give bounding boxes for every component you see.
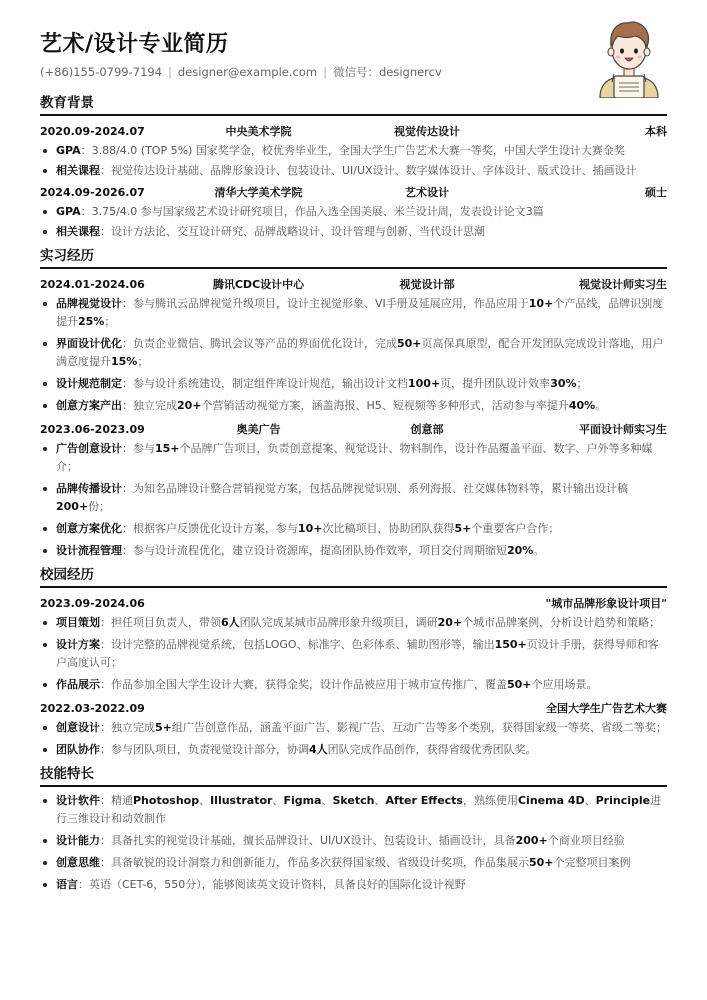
- cartoon-avatar-icon: [590, 12, 668, 98]
- project-name: "城市品牌形象设计项目": [190, 593, 667, 614]
- item-label: 相关课程: [56, 225, 100, 238]
- campus-details: 项目策划：担任项目负责人，带领6人团队完成某城市品牌形象升级项目，调研20+个城…: [40, 614, 667, 694]
- item-highlight: Illustrator: [210, 794, 272, 807]
- item-text: ；: [577, 377, 588, 390]
- item-highlight: 50+: [529, 856, 554, 869]
- item-text: ：参与设计系统建设，制定组件库设计规范，输出设计文档: [122, 377, 408, 390]
- item-text: 、: [199, 794, 210, 807]
- list-item: 界面设计优化：负责企业微信、腾讯会议等产品的界面优化设计，完成50+页高保真原型…: [40, 335, 667, 371]
- department-name: 创意部: [327, 419, 527, 440]
- item-highlight: 200+: [516, 834, 548, 847]
- item-highlight: Photoshop: [133, 794, 199, 807]
- list-item: GPA：3.75/4.0 参与国家级艺术设计研究项目，作品入选全国美展、米兰设计…: [40, 203, 667, 221]
- item-highlight: 10+: [298, 522, 323, 535]
- item-text: 页，提升团队设计效率: [440, 377, 550, 390]
- item-text: 团队完成作品创作，获得省级优秀团队奖。: [328, 743, 537, 756]
- list-item: 相关课程：视觉传达设计基础、品牌形象设计、包装设计、UI/UX设计、数字媒体设计…: [40, 162, 667, 180]
- list-item: 品牌视觉设计：参与腾讯云品牌视觉升级项目，设计主视觉形象、VI手册及延展应用，作…: [40, 295, 667, 331]
- internship-details: 广告创意设计：参与15+个品牌广告项目，负责创意提案、视觉设计、物料制作，设计作…: [40, 440, 667, 560]
- list-item: 品牌传播设计：为知名品牌设计整合营销视觉方案，包括品牌视觉识别、系列海报、社交媒…: [40, 480, 667, 516]
- list-item: 语言：英语（CET-6，550分），能够阅读英文设计资料，具备良好的国际化设计视…: [40, 876, 667, 894]
- role-name: 视觉设计师实习生: [527, 274, 667, 295]
- resume-title: 艺术/设计专业简历: [40, 27, 229, 58]
- item-text: 个营销活动视觉方案，涵盖海报、H5、短视频等多种形式，活动参与率提升: [202, 399, 569, 412]
- section-title-internship: 实习经历: [40, 245, 667, 265]
- item-highlight: 10+: [529, 297, 554, 310]
- item-text: 个应用场景。: [532, 678, 598, 691]
- campus-entry-header: 2023.09-2024.06 "城市品牌形象设计项目": [40, 593, 667, 614]
- item-label: 设计软件: [56, 794, 100, 807]
- item-label: GPA: [56, 205, 81, 218]
- item-text: 、: [272, 794, 283, 807]
- item-label: 界面设计优化: [56, 337, 122, 350]
- list-item: 创意方案产出：独立完成20+个营销活动视觉方案，涵盖海报、H5、短视频等多种形式…: [40, 397, 667, 415]
- phone-number: (+86)155-0799-7194: [40, 65, 162, 79]
- item-text: 、: [585, 794, 596, 807]
- company-name: 奥美广告: [190, 419, 327, 440]
- list-item: 创意方案优化：根据客户反馈优化设计方案，参与10+次比稿项目，协助团队获得5+个…: [40, 520, 667, 538]
- item-label: 设计能力: [56, 834, 100, 847]
- item-highlight: Cinema 4D: [518, 794, 585, 807]
- item-text: ：英语（CET-6，550分），能够阅读英文设计资料，具备良好的国际化设计视野: [78, 878, 466, 891]
- item-text: ：参与设计流程优化，建立设计资源库，提高团队协作效率，项目交付周期缩短: [122, 544, 507, 557]
- item-text: ：为知名品牌设计整合营销视觉方案，包括品牌视觉识别、系列海报、社交媒体物料等，累…: [122, 482, 628, 495]
- item-text: 团队完成某城市品牌形象升级项目，调研: [240, 616, 438, 629]
- wechat-id: 微信号：designercv: [333, 65, 442, 79]
- item-text: 个完整项目案例: [554, 856, 631, 869]
- item-label: 语言: [56, 878, 78, 891]
- section-title-education: 教育背景: [40, 92, 667, 112]
- item-text: 个商业项目经验: [548, 834, 625, 847]
- item-highlight: Principle: [596, 794, 650, 807]
- school-name: 清华大学美术学院: [190, 182, 327, 203]
- campus-section: 校园经历 2023.09-2024.06 "城市品牌形象设计项目" 项目策划：担…: [40, 564, 667, 759]
- list-item: 设计软件：精通Photoshop、Illustrator、Figma、Sketc…: [40, 792, 667, 828]
- internship-entry-header: 2024.01-2024.06 腾讯CDC设计中心 视觉设计部 视觉设计师实习生: [40, 274, 667, 295]
- item-text: ；: [137, 355, 148, 368]
- item-label: 设计规范制定: [56, 377, 122, 390]
- list-item: 创意设计：独立完成5+组广告创意作品，涵盖平面广告、影视广告、互动广告等多个类别…: [40, 719, 667, 737]
- email-address: designer@example.com: [178, 65, 317, 79]
- item-highlight: 100+: [408, 377, 440, 390]
- item-highlight: 5+: [155, 721, 172, 734]
- education-entry-header: 2024.09-2026.07 清华大学美术学院 艺术设计 硕士: [40, 182, 667, 203]
- resume-page: 艺术/设计专业简历 (+86)155-0799-7194|designer@ex…: [40, 0, 667, 898]
- item-highlight: 5+: [455, 522, 472, 535]
- item-text: ：精通: [100, 794, 133, 807]
- item-label: 创意方案优化: [56, 522, 122, 535]
- item-highlight: 150+: [495, 638, 527, 651]
- entry-date: 2024.01-2024.06: [40, 274, 190, 295]
- entry-date: 2024.09-2026.07: [40, 182, 190, 203]
- item-text: ：3.88/4.0 (TOP 5%) 国家奖学金，校优秀毕业生，全国大学生广告艺…: [81, 144, 625, 157]
- competition-name: 全国大学生广告艺术大赛: [190, 698, 667, 719]
- entry-date: 2023.09-2024.06: [40, 593, 190, 614]
- item-text: ；: [104, 315, 115, 328]
- item-text: ：具备敏锐的设计洞察力和创新能力，作品多次获得国家级、省级设计奖项，作品集展示: [100, 856, 529, 869]
- item-highlight: 20%: [507, 544, 533, 557]
- major-name: 艺术设计: [327, 182, 527, 203]
- item-text: ：根据客户反馈优化设计方案，参与: [122, 522, 298, 535]
- item-text: ：作品参加全国大学生设计大赛，获得金奖，设计作品被应用于城市宣传推广，覆盖: [100, 678, 507, 691]
- item-text: ：参与团队项目，负责视觉设计部分，协调: [100, 743, 309, 756]
- list-item: 设计能力：具备扎实的视觉设计基础，擅长品牌设计、UI/UX设计、包装设计、插画设…: [40, 832, 667, 850]
- item-text: 个重要客户合作；: [471, 522, 559, 535]
- item-highlight: 20+: [177, 399, 202, 412]
- item-text: 、: [375, 794, 386, 807]
- major-name: 视觉传达设计: [327, 121, 527, 142]
- contact-line: (+86)155-0799-7194|designer@example.com|…: [40, 64, 442, 80]
- item-highlight: Sketch: [332, 794, 374, 807]
- degree-name: 硕士: [527, 182, 667, 203]
- company-name: 腾讯CDC设计中心: [190, 274, 327, 295]
- item-highlight: 50+: [507, 678, 532, 691]
- skills-section: 技能特长 设计软件：精通Photoshop、Illustrator、Figma、…: [40, 763, 667, 894]
- school-name: 中央美术学院: [190, 121, 327, 142]
- skills-list: 设计软件：精通Photoshop、Illustrator、Figma、Sketc…: [40, 792, 667, 894]
- item-text: 次比稿项目，协助团队获得: [323, 522, 455, 535]
- separator: |: [323, 65, 327, 79]
- item-text: ：视觉传达设计基础、品牌形象设计、包装设计、UI/UX设计、数字媒体设计、字体设…: [100, 164, 637, 177]
- list-item: 项目策划：担任项目负责人，带领6人团队完成某城市品牌形象升级项目，调研20+个城…: [40, 614, 667, 632]
- item-text: 个城市品牌案例，分析设计趋势和策略；: [462, 616, 660, 629]
- item-text: 、: [321, 794, 332, 807]
- list-item: 设计方案：设计完整的品牌视觉系统，包括LOGO、标准字、色彩体系、辅助图形等，输…: [40, 636, 667, 672]
- item-highlight: 15%: [111, 355, 137, 368]
- item-label: 设计流程管理: [56, 544, 122, 557]
- item-label: 品牌传播设计: [56, 482, 122, 495]
- section-divider: [40, 785, 667, 787]
- internship-details: 品牌视觉设计：参与腾讯云品牌视觉升级项目，设计主视觉形象、VI手册及延展应用，作…: [40, 295, 667, 415]
- item-text: 份；: [88, 500, 110, 513]
- list-item: 作品展示：作品参加全国大学生设计大赛，获得金奖，设计作品被应用于城市宣传推广，覆…: [40, 676, 667, 694]
- item-highlight: 200+: [56, 500, 88, 513]
- item-text: ：3.75/4.0 参与国家级艺术设计研究项目，作品入选全国美展、米兰设计周，发…: [81, 205, 544, 218]
- item-highlight: 6人: [221, 616, 240, 629]
- section-divider: [40, 267, 667, 269]
- education-entry-header: 2020.09-2024.07 中央美术学院 视觉传达设计 本科: [40, 121, 667, 142]
- campus-details: 创意设计：独立完成5+组广告创意作品，涵盖平面广告、影视广告、互动广告等多个类别…: [40, 719, 667, 759]
- section-title-skills: 技能特长: [40, 763, 667, 783]
- education-details: GPA：3.75/4.0 参与国家级艺术设计研究项目，作品入选全国美展、米兰设计…: [40, 203, 667, 241]
- item-text: ：设计方法论、交互设计研究、品牌战略设计、设计管理与创新、当代设计思潮: [100, 225, 485, 238]
- list-item: 创意思维：具备敏锐的设计洞察力和创新能力，作品多次获得国家级、省级设计奖项，作品…: [40, 854, 667, 872]
- item-label: 品牌视觉设计: [56, 297, 122, 310]
- entry-date: 2022.03-2022.09: [40, 698, 190, 719]
- item-text: ：参与腾讯云品牌视觉升级项目，设计主视觉形象、VI手册及延展应用，作品应用于: [122, 297, 529, 310]
- item-label: 作品展示: [56, 678, 100, 691]
- section-divider: [40, 586, 667, 588]
- list-item: GPA：3.88/4.0 (TOP 5%) 国家奖学金，校优秀毕业生，全国大学生…: [40, 142, 667, 160]
- item-label: 相关课程: [56, 164, 100, 177]
- list-item: 团队协作：参与团队项目，负责视觉设计部分，协调4人团队完成作品创作，获得省级优秀…: [40, 741, 667, 759]
- item-highlight: After Effects: [386, 794, 463, 807]
- list-item: 设计规范制定：参与设计系统建设，制定组件库设计规范，输出设计文档100+页，提升…: [40, 375, 667, 393]
- item-label: GPA: [56, 144, 81, 157]
- item-label: 创意思维: [56, 856, 100, 869]
- list-item: 设计流程管理：参与设计流程优化，建立设计资源库，提高团队协作效率，项目交付周期缩…: [40, 542, 667, 560]
- list-item: 广告创意设计：参与15+个品牌广告项目，负责创意提案、视觉设计、物料制作，设计作…: [40, 440, 667, 476]
- item-highlight: 15+: [155, 442, 180, 455]
- item-text: ：担任项目负责人，带领: [100, 616, 221, 629]
- item-label: 团队协作: [56, 743, 100, 756]
- role-name: 平面设计师实习生: [527, 419, 667, 440]
- separator: |: [168, 65, 172, 79]
- item-label: 创意方案产出: [56, 399, 122, 412]
- item-text: ：参与: [122, 442, 155, 455]
- entry-date: 2023.06-2023.09: [40, 419, 190, 440]
- degree-name: 本科: [527, 121, 667, 142]
- item-label: 广告创意设计: [56, 442, 122, 455]
- education-details: GPA：3.88/4.0 (TOP 5%) 国家奖学金，校优秀毕业生，全国大学生…: [40, 142, 667, 180]
- item-text: ：负责企业微信、腾讯会议等产品的界面优化设计，完成: [122, 337, 397, 350]
- section-divider: [40, 114, 667, 116]
- item-label: 创意设计: [56, 721, 100, 734]
- campus-entry-header: 2022.03-2022.09 全国大学生广告艺术大赛: [40, 698, 667, 719]
- item-highlight: 30%: [550, 377, 576, 390]
- item-label: 设计方案: [56, 638, 100, 651]
- internship-section: 实习经历 2024.01-2024.06 腾讯CDC设计中心 视觉设计部 视觉设…: [40, 245, 667, 560]
- item-highlight: 4人: [309, 743, 328, 756]
- item-highlight: Figma: [283, 794, 321, 807]
- item-highlight: 50+: [397, 337, 422, 350]
- list-item: 相关课程：设计方法论、交互设计研究、品牌战略设计、设计管理与创新、当代设计思潮: [40, 223, 667, 241]
- item-text: ：设计完整的品牌视觉系统，包括LOGO、标准字、色彩体系、辅助图形等，输出: [100, 638, 495, 651]
- section-title-campus: 校园经历: [40, 564, 667, 584]
- item-text: 。: [533, 544, 544, 557]
- internship-entry-header: 2023.06-2023.09 奥美广告 创意部 平面设计师实习生: [40, 419, 667, 440]
- department-name: 视觉设计部: [327, 274, 527, 295]
- education-section: 教育背景 2020.09-2024.07 中央美术学院 视觉传达设计 本科 GP…: [40, 92, 667, 241]
- item-text: ：独立完成: [122, 399, 177, 412]
- item-text: ：具备扎实的视觉设计基础，擅长品牌设计、UI/UX设计、包装设计、插画设计，具备: [100, 834, 516, 847]
- item-label: 项目策划: [56, 616, 100, 629]
- item-text: 。: [595, 399, 606, 412]
- entry-date: 2020.09-2024.07: [40, 121, 190, 142]
- resume-header: 艺术/设计专业简历 (+86)155-0799-7194|designer@ex…: [40, 0, 667, 92]
- item-text: ，熟练使用: [463, 794, 518, 807]
- item-highlight: 40%: [569, 399, 595, 412]
- item-text: 组广告创意作品，涵盖平面广告、影视广告、互动广告等多个类别，获得国家级一等奖、省…: [172, 721, 667, 734]
- item-highlight: 20+: [438, 616, 463, 629]
- item-text: ：独立完成: [100, 721, 155, 734]
- item-highlight: 25%: [78, 315, 104, 328]
